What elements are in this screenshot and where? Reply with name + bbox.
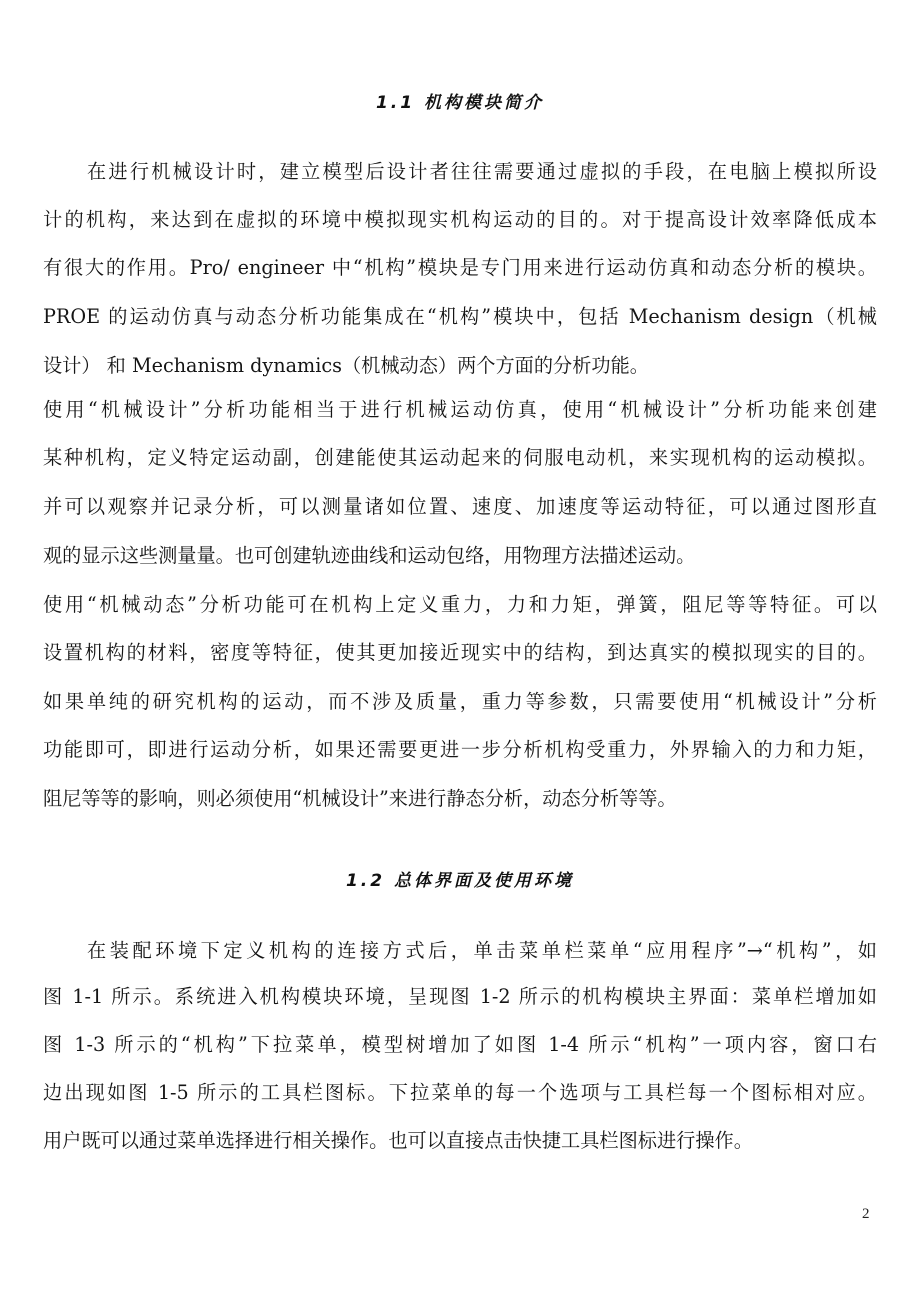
paragraph-line: 图 1-3 所示的“机构”下拉菜单，模型树增加了如图 1-4 所示“机构”一项内… bbox=[43, 1030, 877, 1060]
paragraph-line: 在装配环境下定义机构的连接方式后，单击菜单栏菜单“应用程序”→“机构”，如 bbox=[87, 936, 877, 966]
paragraph-line: 使用“机械动态”分析功能可在机构上定义重力，力和力矩，弹簧，阻尼等等特征。可以 bbox=[43, 590, 877, 620]
paragraph-line: 观的显示这些测量量。也可创建轨迹曲线和运动包络，用物理方法描述运动。 bbox=[43, 541, 877, 571]
paragraph-line: 用户既可以通过菜单选择进行相关操作。也可以直接点击快捷工具栏图标进行操作。 bbox=[43, 1126, 877, 1156]
paragraph-line: 使用“机械设计”分析功能相当于进行机械运动仿真，使用“机械设计”分析功能来创建 bbox=[43, 395, 877, 425]
paragraph-line: 计的机构，来达到在虚拟的环境中模拟现实机构运动的目的。对于提高设计效率降低成本 bbox=[43, 205, 877, 235]
paragraph-line: 并可以观察并记录分析，可以测量诸如位置、速度、加速度等运动特征，可以通过图形直 bbox=[43, 492, 877, 522]
paragraph-line: 设置机构的材料，密度等特征，使其更加接近现实中的结构，到达真实的模拟现实的目的。 bbox=[43, 638, 877, 668]
paragraph-line: 功能即可，即进行运动分析，如果还需要更进一步分析机构受重力，外界输入的力和力矩， bbox=[43, 735, 877, 765]
document-page: 1.1 机构模块简介 在进行机械设计时，建立模型后设计者往往需要通过虚拟的手段，… bbox=[0, 0, 920, 1302]
paragraph-line: 设计） 和 Mechanism dynamics（机械动态）两个方面的分析功能。 bbox=[43, 351, 877, 381]
paragraph-line: PROE 的运动仿真与动态分析功能集成在“机构”模块中，包括 Mechanism… bbox=[43, 302, 877, 332]
paragraph-line: 某种机构，定义特定运动副，创建能使其运动起来的伺服电动机，来实现机构的运动模拟。 bbox=[43, 443, 877, 473]
paragraph-line: 图 1-1 所示。系统进入机构模块环境，呈现图 1-2 所示的机构模块主界面：菜… bbox=[43, 982, 877, 1012]
page-number: 2 bbox=[862, 1206, 870, 1223]
paragraph-line: 边出现如图 1-5 所示的工具栏图标。下拉菜单的每一个选项与工具栏每一个图标相对… bbox=[43, 1078, 877, 1108]
paragraph-line: 阻尼等等的影响，则必须使用“机械设计”来进行静态分析，动态分析等等。 bbox=[43, 784, 877, 814]
paragraph-line: 在进行机械设计时，建立模型后设计者往往需要通过虚拟的手段，在电脑上模拟所设 bbox=[87, 157, 877, 187]
paragraph-line: 有很大的作用。Pro/ engineer 中“机构”模块是专门用来进行运动仿真和… bbox=[43, 253, 877, 283]
section-heading-1-1: 1.1 机构模块简介 bbox=[0, 88, 920, 113]
section-heading-1-2: 1.2 总体界面及使用环境 bbox=[0, 866, 920, 891]
paragraph-line: 如果单纯的研究机构的运动，而不涉及质量，重力等参数，只需要使用“机械设计”分析 bbox=[43, 687, 877, 717]
